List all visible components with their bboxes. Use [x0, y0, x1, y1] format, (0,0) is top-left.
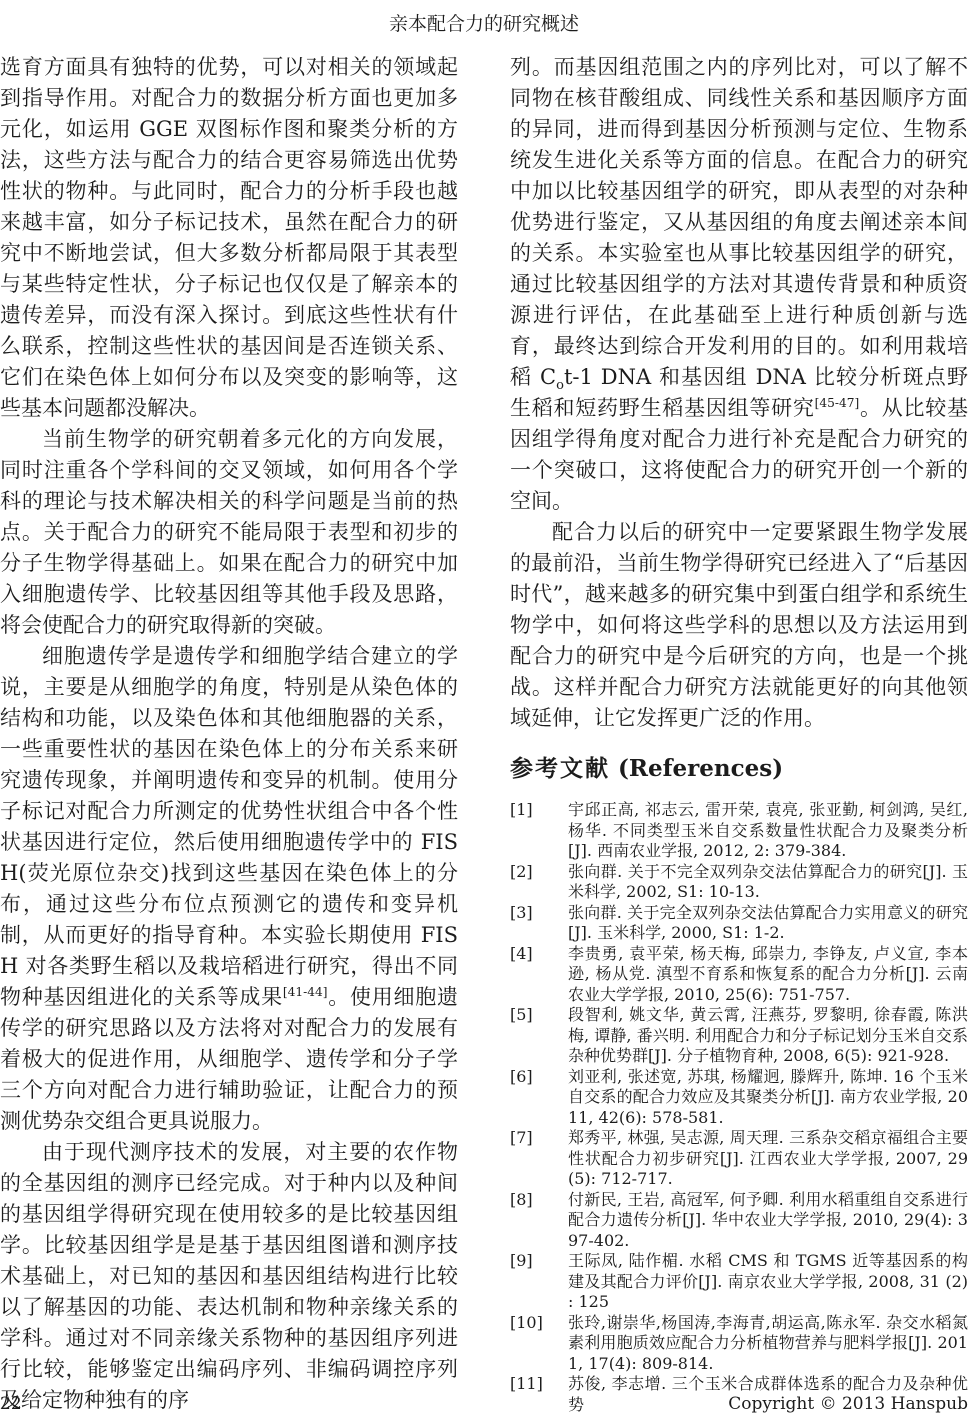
paragraph-text: 列。而基因组范围之内的序列比对，可以了解不同物在核苷酸组成、同线性关系和基因顺序… [510, 55, 968, 389]
body-paragraph: 选育方面具有独特的优势，可以对相关的领域起到指导作用。对配合力的数据分析方面也更… [0, 52, 458, 424]
reference-item: [2]张向群. 关于不完全双列杂交法估算配合力的研究[J]. 玉米科学, 200… [510, 862, 968, 903]
reference-item: [10]张玲,谢崇华,杨国涛,李海青,胡运高,陈永军. 杂交水稻氮素利用胞质效应… [510, 1313, 968, 1375]
reference-text: 宇邱正高, 祁志云, 雷开荣, 袁亮, 张亚勤, 柯剑鸿, 吴红, 杨华. 不同… [568, 800, 968, 862]
reference-text: 张向群. 关于不完全双列杂交法估算配合力的研究[J]. 玉米科学, 2002, … [568, 862, 968, 903]
body-paragraph: 由于现代测序技术的发展，对主要的农作物的全基因组的测序已经完成。对于种内以及种间… [0, 1137, 458, 1414]
reference-text: 刘亚利, 张述宽, 苏琪, 杨耀迥, 滕辉升, 陈坤. 16 个玉米自交系的配合… [568, 1067, 968, 1129]
reference-item: [9]王际凤, 陆作楣. 水稻 CMS 和 TGMS 近等基因系的构建及其配合力… [510, 1251, 968, 1313]
reference-number: [4] [510, 944, 568, 1006]
reference-text: 王际凤, 陆作楣. 水稻 CMS 和 TGMS 近等基因系的构建及其配合力评价[… [568, 1251, 968, 1313]
references-heading: 参考文献 (References) [510, 754, 968, 784]
reference-item: [3]张向群. 关于完全双列杂交法估算配合力实用意义的研究[J]. 玉米科学, … [510, 903, 968, 944]
citation-superscript: [41-44] [283, 985, 328, 999]
reference-text: 张玲,谢崇华,杨国涛,李海青,胡运高,陈永军. 杂交水稻氮素利用胞质效应配合力分… [568, 1313, 968, 1375]
right-column: 列。而基因组范围之内的序列比对，可以了解不同物在核苷酸组成、同线性关系和基因顺序… [510, 52, 968, 1414]
paragraph-text: 配合力以后的研究中一定要紧跟生物学发展的最前沿，当前生物学得研究已经进入了“后基… [510, 520, 968, 730]
reference-number: [5] [510, 1005, 568, 1067]
footer-copyright: Copyright © 2013 Hanspub [728, 1394, 968, 1414]
right-column-body: 列。而基因组范围之内的序列比对，可以了解不同物在核苷酸组成、同线性关系和基因顺序… [510, 52, 968, 734]
reference-item: [7]郑秀平, 林强, 吴志源, 周天理. 三系杂交稻京福组合主要性状配合力初步… [510, 1128, 968, 1190]
reference-item: [4]李贵勇, 袁平荣, 杨天梅, 邱崇力, 李铮友, 卢义宣, 李本逊, 杨从… [510, 944, 968, 1006]
paragraph-text: 细胞遗传学是遗传学和细胞学结合建立的学说，主要是从细胞学的角度，特别是从染色体的… [0, 644, 458, 1009]
reference-item: [5]段智利, 姚文华, 黄云霄, 汪燕芬, 罗黎明, 徐春霞, 陈洪梅, 谭静… [510, 1005, 968, 1067]
two-column-body: 选育方面具有独特的优势，可以对相关的领域起到指导作用。对配合力的数据分析方面也更… [0, 52, 968, 1414]
reference-number: [2] [510, 862, 568, 903]
left-column: 选育方面具有独特的优势，可以对相关的领域起到指导作用。对配合力的数据分析方面也更… [0, 52, 458, 1414]
citation-superscript: [45-47] [815, 396, 860, 410]
reference-number: [6] [510, 1067, 568, 1129]
reference-text: 段智利, 姚文华, 黄云霄, 汪燕芬, 罗黎明, 徐春霞, 陈洪梅, 谭静, 番… [568, 1005, 968, 1067]
body-paragraph: 细胞遗传学是遗传学和细胞学结合建立的学说，主要是从细胞学的角度，特别是从染色体的… [0, 641, 458, 1137]
references-list: [1]宇邱正高, 祁志云, 雷开荣, 袁亮, 张亚勤, 柯剑鸿, 吴红, 杨华.… [510, 800, 968, 1414]
reference-text: 郑秀平, 林强, 吴志源, 周天理. 三系杂交稻京福组合主要性状配合力初步研究[… [568, 1128, 968, 1190]
reference-text: 李贵勇, 袁平荣, 杨天梅, 邱崇力, 李铮友, 卢义宣, 李本逊, 杨从党. … [568, 944, 968, 1006]
paragraph-text: 当前生物学的研究朝着多元化的方向发展，同时注重各个学科间的交叉领域，如何用各个学… [0, 427, 458, 637]
body-paragraph: 配合力以后的研究中一定要紧跟生物学发展的最前沿，当前生物学得研究已经进入了“后基… [510, 517, 968, 734]
subscript-text: o [556, 378, 564, 393]
reference-text: 付新民, 王岩, 高冠军, 何予卿. 利用水稻重组自交系进行配合力遗传分析[J]… [568, 1190, 968, 1252]
footer-page-number: 22 [0, 1394, 22, 1414]
reference-item: [1]宇邱正高, 祁志云, 雷开荣, 袁亮, 张亚勤, 柯剑鸿, 吴红, 杨华.… [510, 800, 968, 862]
references-heading-zh: 参考文献 [510, 756, 610, 782]
reference-number: [3] [510, 903, 568, 944]
reference-number: [11] [510, 1374, 568, 1414]
reference-item: [6]刘亚利, 张述宽, 苏琪, 杨耀迥, 滕辉升, 陈坤. 16 个玉米自交系… [510, 1067, 968, 1129]
paragraph-text: 选育方面具有独特的优势，可以对相关的领域起到指导作用。对配合力的数据分析方面也更… [0, 55, 458, 420]
reference-item: [8]付新民, 王岩, 高冠军, 何予卿. 利用水稻重组自交系进行配合力遗传分析… [510, 1190, 968, 1252]
reference-number: [7] [510, 1128, 568, 1190]
paper-page: 亲本配合力的研究概述 选育方面具有独特的优势，可以对相关的领域起到指导作用。对配… [0, 0, 968, 1414]
reference-text: 张向群. 关于完全双列杂交法估算配合力实用意义的研究[J]. 玉米科学, 200… [568, 903, 968, 944]
reference-number: [9] [510, 1251, 568, 1313]
body-paragraph: 当前生物学的研究朝着多元化的方向发展，同时注重各个学科间的交叉领域，如何用各个学… [0, 424, 458, 641]
reference-number: [1] [510, 800, 568, 862]
reference-number: [8] [510, 1190, 568, 1252]
body-paragraph: 列。而基因组范围之内的序列比对，可以了解不同物在核苷酸组成、同线性关系和基因顺序… [510, 52, 968, 517]
page-title: 亲本配合力的研究概述 [0, 6, 968, 42]
reference-number: [10] [510, 1313, 568, 1375]
paragraph-text: 由于现代测序技术的发展，对主要的农作物的全基因组的测序已经完成。对于种内以及种间… [0, 1140, 458, 1412]
references-heading-en: (References) [610, 755, 783, 782]
